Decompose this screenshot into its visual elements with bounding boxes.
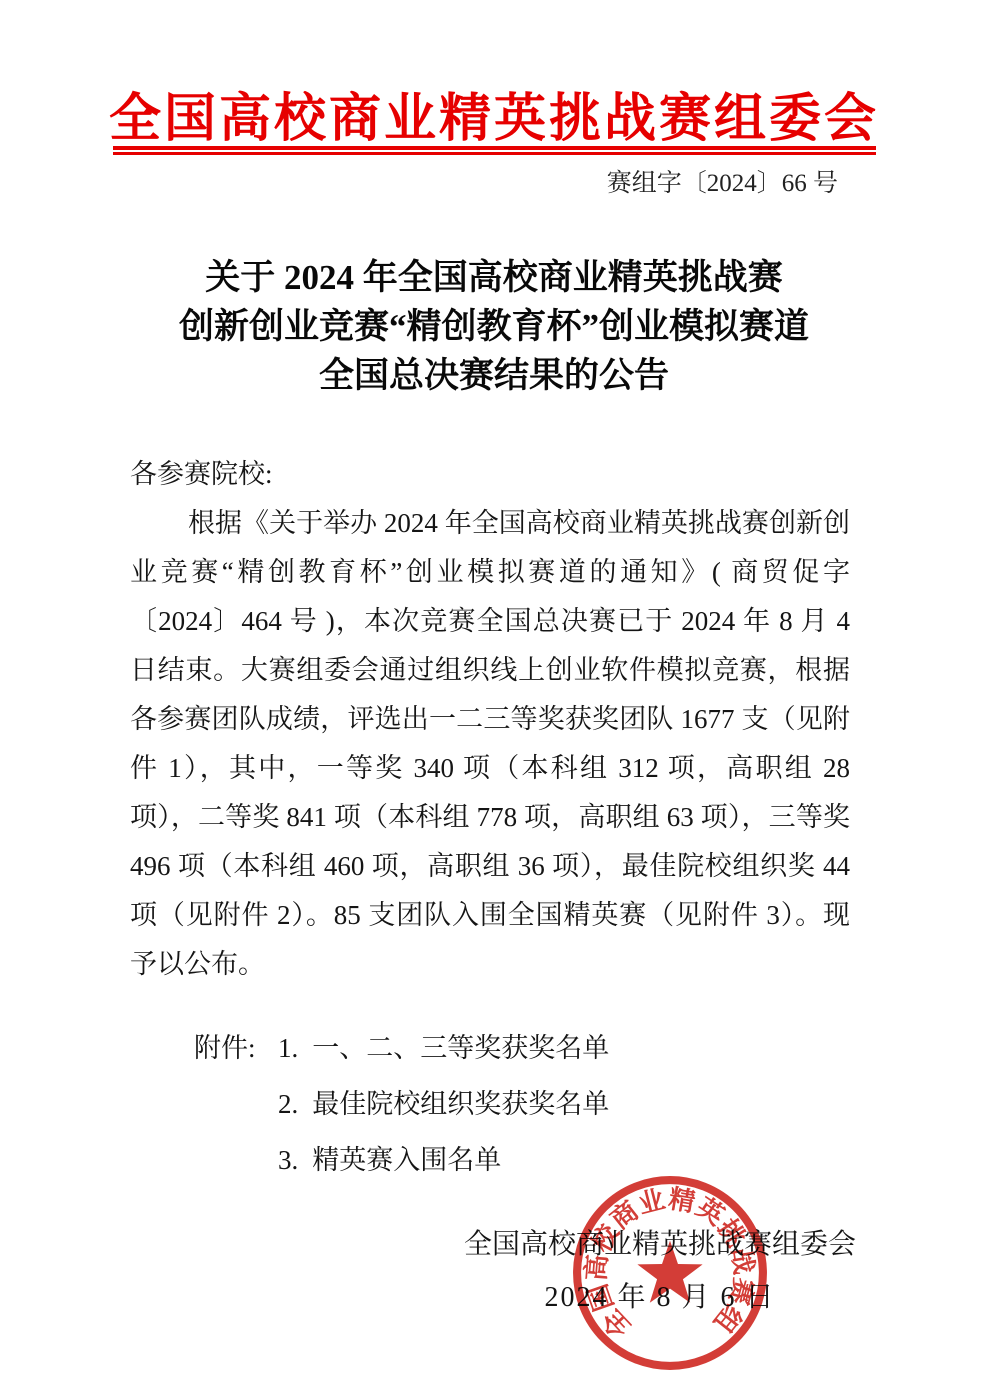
notice-title-line-1: 关于 2024 年全国高校商业精英挑战赛 [0,253,988,302]
notice-title-line-3: 全国总决赛结果的公告 [0,351,988,400]
attachments-label: 附件: [194,1020,278,1076]
letterhead-title: 全国高校商业精英挑战赛组委会 [0,76,988,151]
attachment-number: 3. [278,1132,298,1188]
notice-body: 各参赛院校: 根据《关于举办 2024 年全国高校商业精英挑战赛创新创业竞赛“精… [130,450,850,989]
notice-title: 关于 2024 年全国高校商业精英挑战赛 创新创业竞赛“精创教育杯”创业模拟赛道… [0,253,988,400]
salutation: 各参赛院校: [130,450,850,499]
doc-number: 赛组字〔2024〕66 号 [607,168,838,200]
body-paragraph: 根据《关于举办 2024 年全国高校商业精英挑战赛创新创业竞赛“精创教育杯”创业… [130,499,850,989]
signature-org: 全国高校商业精英挑战赛组委会 [460,1228,860,1262]
signature-date: 2024 年 8 月 6 日 [460,1281,860,1315]
signature-block: 全国高校商业精英挑战赛组委会 2024 年 8 月 6 日 [460,1228,860,1315]
document-page: 全国高校商业精英挑战赛组委会 赛组字〔2024〕66 号 关于 2024 年全国… [0,0,988,1398]
attachment-number: 1. [278,1020,298,1076]
attachment-number: 2. [278,1076,298,1132]
attachment-title: 精英赛入围名单 [312,1145,501,1175]
letterhead-rule-thin [113,152,876,155]
attachment-row-3: 3.精英赛入围名单 [194,1132,609,1188]
letterhead-rule [113,146,876,155]
attachment-title: 最佳院校组织奖获奖名单 [312,1089,609,1119]
attachments-list: 附件:1.一、二、三等奖获奖名单 2.最佳院校组织奖获奖名单 3.精英赛入围名单 [194,1020,609,1188]
notice-title-line-2: 创新创业竞赛“精创教育杯”创业模拟赛道 [0,302,988,351]
attachment-row-1: 附件:1.一、二、三等奖获奖名单 [194,1020,609,1076]
attachment-title: 一、二、三等奖获奖名单 [312,1033,609,1063]
letterhead-rule-thick [113,146,876,150]
attachment-row-2: 2.最佳院校组织奖获奖名单 [194,1076,609,1132]
